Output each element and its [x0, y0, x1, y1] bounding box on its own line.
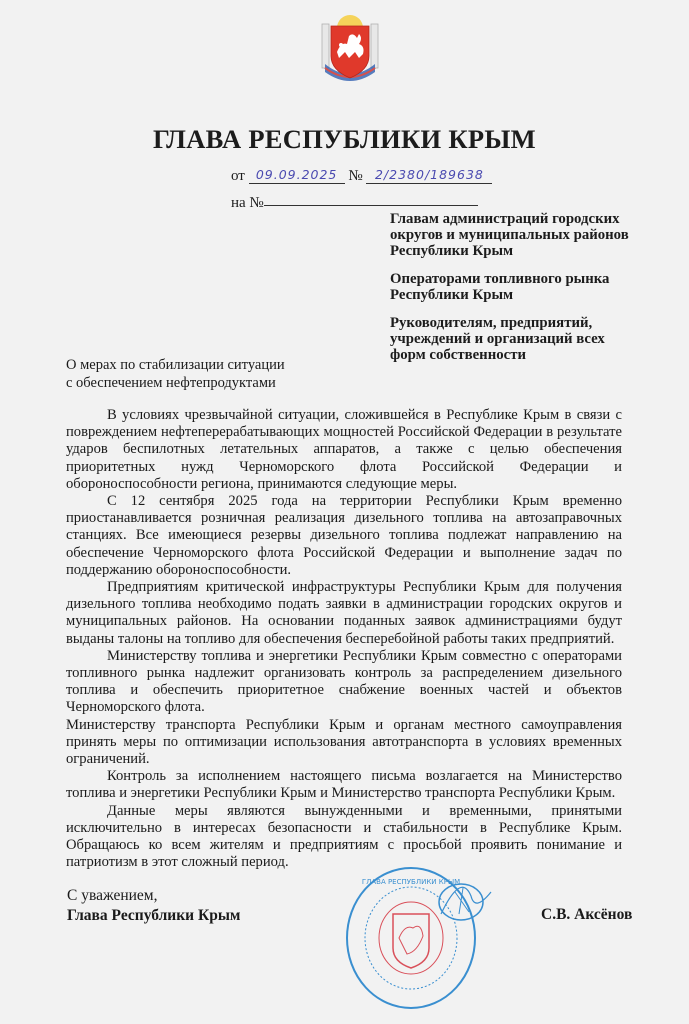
addressee-line: Республики Крым — [390, 287, 680, 303]
letterhead-title: ГЛАВА РЕСПУБЛИКИ КРЫМ — [0, 124, 689, 155]
letter-body: В условиях чрезвычайной ситуации, сложив… — [66, 407, 622, 871]
body-paragraph: С 12 сентября 2025 года на территории Ре… — [66, 493, 622, 579]
addressee-enterprise-heads: Руководителям, предприятий, учреждений и… — [390, 315, 680, 363]
body-paragraph: Министерству топлива и энергетики Респуб… — [66, 648, 622, 717]
official-seal-icon: ГЛАВА РЕСПУБЛИКИ КРЫМ — [343, 862, 493, 1014]
number-prefix: № — [348, 168, 362, 184]
addressee-municipal-heads: Главам администраций городских округов и… — [390, 211, 680, 259]
incoming-reference: на № — [231, 190, 478, 212]
addressee-line: учреждений и организаций всех — [390, 331, 680, 347]
date-prefix: от — [231, 168, 245, 184]
signature-block: С уважением, Глава Республики Крым — [67, 886, 241, 926]
addressee-line: округов и муниципальных районов — [390, 227, 680, 243]
signer-name: С.В. Аксёнов — [541, 906, 632, 924]
body-paragraph: В условиях чрезвычайной ситуации, сложив… — [66, 407, 622, 493]
outgoing-reference: от 09.09.2025 № 2/2380/189638 — [231, 168, 492, 185]
signer-position: Глава Республики Крым — [67, 906, 241, 926]
document-number: 2/2380/189638 — [366, 167, 492, 184]
crimea-coat-of-arms-icon — [319, 12, 381, 86]
addressee-line: Руководителям, предприятий, — [390, 315, 680, 331]
addressee-line: форм собственности — [390, 347, 680, 363]
document-date: 09.09.2025 — [249, 167, 345, 184]
addressees-block: Главам администраций городских округов и… — [390, 211, 680, 375]
body-paragraph: Контроль за исполнением настоящего письм… — [66, 768, 622, 802]
letter-subject: О мерах по стабилизации ситуации с обесп… — [66, 356, 326, 392]
addressee-line: Операторами топливного рынка — [390, 271, 680, 287]
body-paragraph: Предприятиям критической инфраструктуры … — [66, 579, 622, 648]
subject-line: О мерах по стабилизации ситуации — [66, 356, 326, 374]
reply-number-field — [264, 189, 478, 206]
addressee-line: Главам администраций городских — [390, 211, 680, 227]
addressee-line: Республики Крым — [390, 243, 680, 259]
addressee-fuel-operators: Операторами топливного рынка Республики … — [390, 271, 680, 303]
svg-text:ГЛАВА РЕСПУБЛИКИ КРЫМ: ГЛАВА РЕСПУБЛИКИ КРЫМ — [362, 878, 460, 886]
body-paragraph: Министерству транспорта Республики Крым … — [66, 717, 622, 769]
reply-prefix: на № — [231, 195, 264, 211]
subject-line: с обеспечением нефтепродуктами — [66, 374, 326, 392]
closing-phrase: С уважением, — [67, 886, 241, 906]
